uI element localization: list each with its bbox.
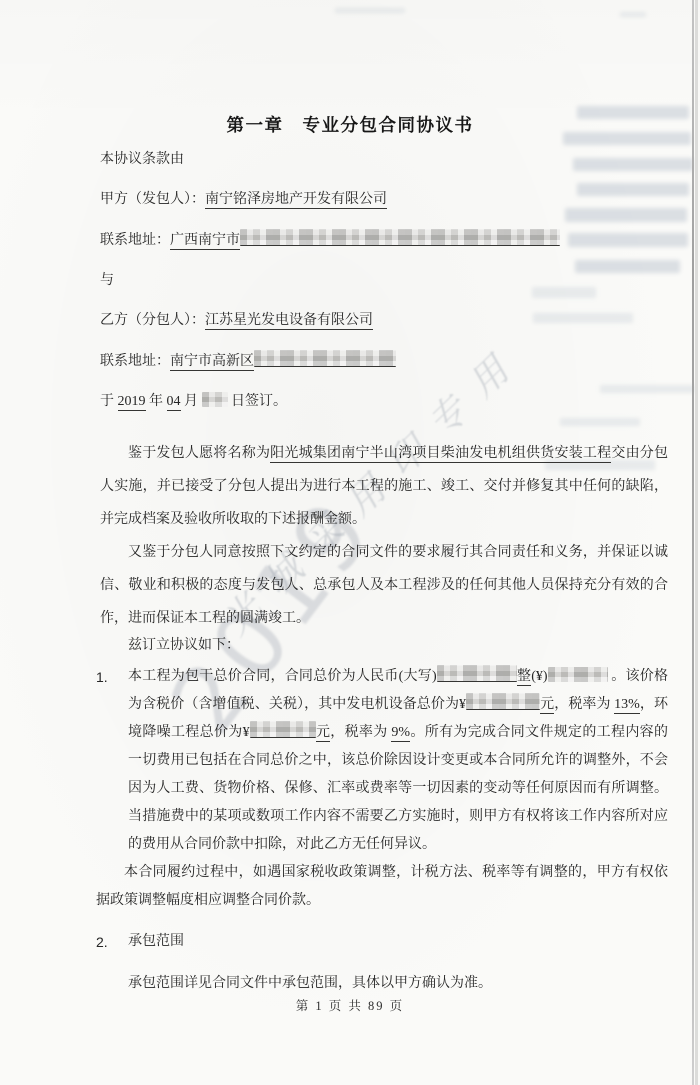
- text-run: ，税率为: [554, 697, 614, 712]
- text-run: 联系地址：: [100, 354, 170, 369]
- underlined-value: 南宁市高新区: [170, 354, 254, 371]
- scanned-contract-page: 光城采用印专用 2019 第一章 专业分包合同协议书 本协议条款由甲方（发包人）…: [0, 0, 700, 1085]
- text-run: 本合同履约过程中，如遇国家税收政策调整，计税方法、税率等有调整的，甲方有权依据政…: [96, 865, 668, 908]
- text-run: 与: [100, 273, 114, 288]
- underlined-value: 元: [540, 697, 554, 714]
- recital-1: 鉴于发包人愿将名称为阳光城集团南宁半山湾项目柴油发电机组供货安装工程交由分包人实…: [100, 437, 668, 536]
- text-run: 。所有为完成合同文件规定的工程内容的一切费用已包括在合同总价之中，该总价除因设计…: [128, 725, 668, 852]
- underlined-value: 广西南宁市: [170, 233, 240, 250]
- clause-2-body: 承包范围详见合同文件中承包范围，具体以甲方确认为准。: [128, 970, 668, 998]
- text-run: 于: [100, 394, 118, 409]
- redaction-mosaic: [437, 665, 517, 682]
- text-run: 又鉴于分包人同意按照下文约定的合同文件的要求履行其合同责任和义务，并保证以诚信、…: [100, 545, 668, 626]
- preamble-lead: 本协议条款由: [100, 149, 668, 170]
- text-run: 月: [181, 394, 202, 409]
- text-run: 乙方（分包人）：: [100, 313, 205, 328]
- clause-text: 本工程为包干总价合同，合同总价为人民币(大写)整(¥) 。该价格为含税价（含增值…: [128, 663, 668, 915]
- underlined-value: 2019: [118, 394, 146, 411]
- signing-date-line: 于 2019 年 04 月 日签订。: [100, 391, 668, 412]
- underlined-value: 04: [167, 394, 181, 411]
- party-a-address-line: 联系地址：广西南宁市: [100, 229, 668, 251]
- text-run: 日签订。: [228, 394, 288, 409]
- redaction-mosaic: [466, 693, 540, 710]
- redaction-mosaic: [250, 721, 316, 738]
- text-run: 联系地址：: [100, 233, 170, 248]
- clause-text: 承包范围承包范围详见合同文件中承包范围，具体以甲方确认为准。: [128, 928, 668, 998]
- recital-2: 又鉴于分包人同意按照下文约定的合同文件的要求履行其合同责任和义务，并保证以诚信、…: [100, 536, 668, 635]
- party-b-line: 乙方（分包人）：江苏星光发电设备有限公司: [100, 310, 668, 331]
- underlined-value: 南宁铭泽房地产开发有限公司: [205, 192, 387, 209]
- clause-1-tax-policy-para: 本合同履约过程中，如遇国家税收政策调整，计税方法、税率等有调整的，甲方有权依据政…: [96, 859, 668, 915]
- underlined-value: 阳光城集团南宁半山湾项目柴油发电机组供货安装工程: [270, 446, 611, 463]
- text-run: 鉴于发包人愿将名称为: [128, 446, 270, 461]
- text-run: 兹订立协议如下：: [128, 638, 240, 653]
- party-a-line: 甲方（发包人）：南宁铭泽房地产开发有限公司: [100, 189, 668, 210]
- redaction-mosaic: [202, 392, 228, 407]
- text-run: 本协议条款由: [100, 152, 184, 167]
- agreement-lead: 兹订立协议如下：: [100, 629, 668, 662]
- text-run: ，税率为: [330, 725, 391, 740]
- conjunction-line: 与: [100, 270, 668, 291]
- underlined-value: 9%: [391, 725, 410, 742]
- party-b-address-line: 联系地址：南宁市高新区: [100, 350, 668, 372]
- chapter-title: 第一章 专业分包合同协议书: [0, 112, 700, 137]
- redaction-mosaic: [548, 667, 608, 682]
- text-run: 甲方（发包人）：: [100, 192, 205, 207]
- underlined-value: 江苏星光发电设备有限公司: [205, 313, 373, 330]
- redaction-mosaic: [254, 350, 396, 367]
- footer-page-number: 第 1 页 共 89 页: [0, 996, 700, 1014]
- text-run: 年: [146, 394, 167, 409]
- clause-1-price-para: 本工程为包干总价合同，合同总价为人民币(大写)整(¥) 。该价格为含税价（含增值…: [128, 663, 668, 859]
- underlined-value: 元: [316, 725, 331, 742]
- preamble-block: 本协议条款由甲方（发包人）：南宁铭泽房地产开发有限公司联系地址：广西南宁市与乙方…: [100, 149, 668, 431]
- clause-2: 2.承包范围承包范围详见合同文件中承包范围，具体以甲方确认为准。: [96, 928, 668, 998]
- text-run: (¥): [531, 669, 547, 684]
- document-text-layer: 第一章 专业分包合同协议书 本协议条款由甲方（发包人）：南宁铭泽房地产开发有限公…: [0, 0, 700, 1085]
- clause-2-heading: 承包范围: [128, 928, 668, 956]
- text-run: 承包范围: [128, 934, 184, 949]
- clause-number: 1.: [96, 663, 128, 691]
- clause-1: 1.本工程为包干总价合同，合同总价为人民币(大写)整(¥) 。该价格为含税价（含…: [96, 663, 668, 915]
- underlined-value: 13%: [614, 697, 640, 714]
- underlined-value: 整: [517, 669, 532, 686]
- text-run: 承包范围详见合同文件中承包范围，具体以甲方确认为准。: [128, 976, 492, 991]
- redaction-mosaic: [240, 229, 560, 246]
- clause-number: 2.: [96, 928, 128, 956]
- text-run: 本工程为包干总价合同，合同总价为人民币(大写): [128, 669, 437, 684]
